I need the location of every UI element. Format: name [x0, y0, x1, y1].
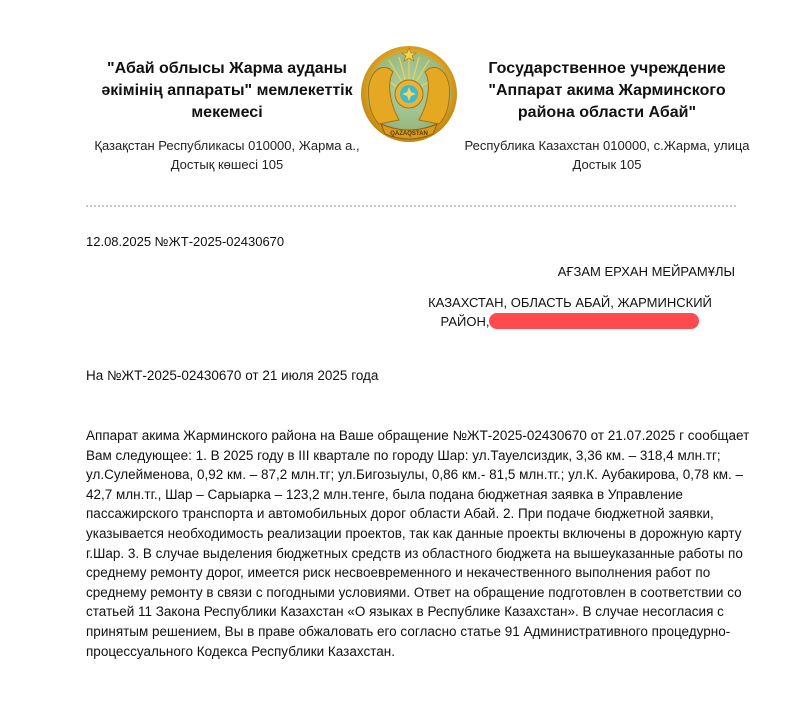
org-name-kazakh: "Абай облысы Жарма ауданы әкімінің аппар…: [82, 58, 372, 124]
recipient-address-line1: КАЗАХСТАН, ОБЛАСТЬ АБАЙ, ЖАРМИНСКИЙ: [428, 295, 712, 310]
svg-text:QAZAQSTAN: QAZAQSTAN: [390, 131, 428, 137]
org-address-kazakh: Қазақстан Республикасы 010000, Жарма а.,…: [82, 136, 372, 174]
recipient-address: КАЗАХСТАН, ОБЛАСТЬ АБАЙ, ЖАРМИНСКИЙ РАЙО…: [405, 293, 735, 331]
org-header-russian: Государственное учреждение "Аппарат аким…: [462, 58, 752, 174]
recipient-block: АҒЗАМ ЕРХАН МЕЙРАМҰЛЫ КАЗАХСТАН, ОБЛАСТЬ…: [405, 262, 735, 331]
org-header-kazakh: "Абай облысы Жарма ауданы әкімінің аппар…: [82, 58, 372, 174]
reply-reference: На №ЖТ-2025-02430670 от 21 июля 2025 год…: [86, 368, 378, 383]
document-date-number: 12.08.2025 №ЖТ-2025-02430670: [86, 234, 284, 249]
kazakhstan-state-emblem-icon: QAZAQSTAN: [359, 42, 459, 150]
redaction-mark: [489, 313, 699, 329]
recipient-address-line2: РАЙОН,: [441, 314, 490, 329]
org-name-russian: Государственное учреждение "Аппарат аким…: [462, 58, 752, 124]
letter-body: Аппарат акима Жарминского района на Ваше…: [86, 426, 750, 661]
recipient-name: АҒЗАМ ЕРХАН МЕЙРАМҰЛЫ: [405, 262, 735, 281]
org-address-russian: Республика Казахстан 010000, с.Жарма, ул…: [462, 136, 752, 174]
header-divider: [86, 205, 736, 207]
